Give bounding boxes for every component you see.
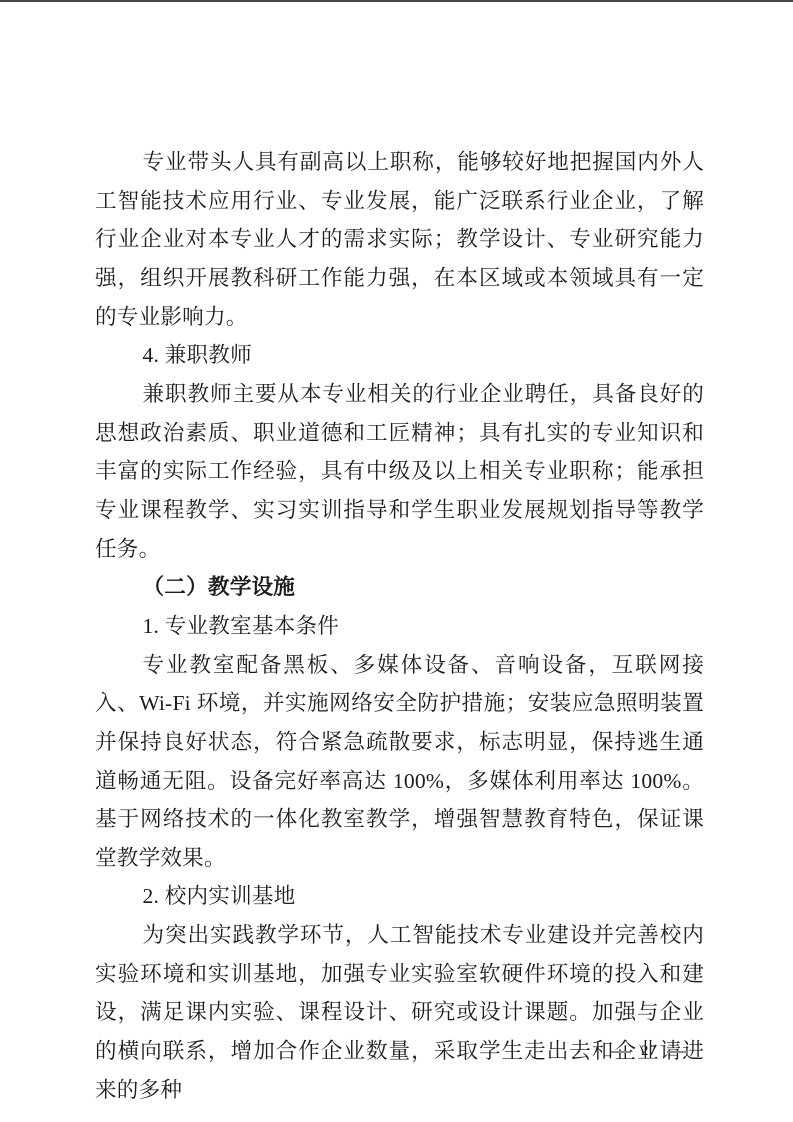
subheading-classroom-basic-conditions: 1. 专业教室基本条件 [95,607,704,646]
paragraph-campus-training-base: 为突出实践教学环节，人工智能技术专业建设并完善校内实验环境和实训基地，加强专业实… [95,916,704,1109]
document-page: 专业带头人具有副高以上职称，能够较好地把握国内外人工智能技术应用行业、专业发展，… [0,0,793,1122]
subheading-part-time-teachers: 4. 兼职教师 [95,336,704,375]
document-body: 专业带头人具有副高以上职称，能够较好地把握国内外人工智能技术应用行业、专业发展，… [95,143,704,1109]
page-number: 27 [640,1044,658,1059]
footer-dash-right-icon [667,1051,687,1053]
subheading-campus-training-base: 2. 校内实训基地 [95,877,704,916]
footer-dash-left-icon [611,1051,631,1053]
paragraph-classroom-basic-conditions: 专业教室配备黑板、多媒体设备、音响设备，互联网接入、Wi-Fi 环境，并实施网络… [95,646,704,878]
page-footer: 27 [611,1044,687,1059]
paragraph-professional-leader: 专业带头人具有副高以上职称，能够较好地把握国内外人工智能技术应用行业、专业发展，… [95,143,704,336]
heading-teaching-facilities: （二）教学设施 [95,568,704,607]
paragraph-part-time-teachers: 兼职教师主要从本专业相关的行业企业聘任，具备良好的思想政治素质、职业道德和工匠精… [95,375,704,568]
page-top-edge [0,0,793,2]
